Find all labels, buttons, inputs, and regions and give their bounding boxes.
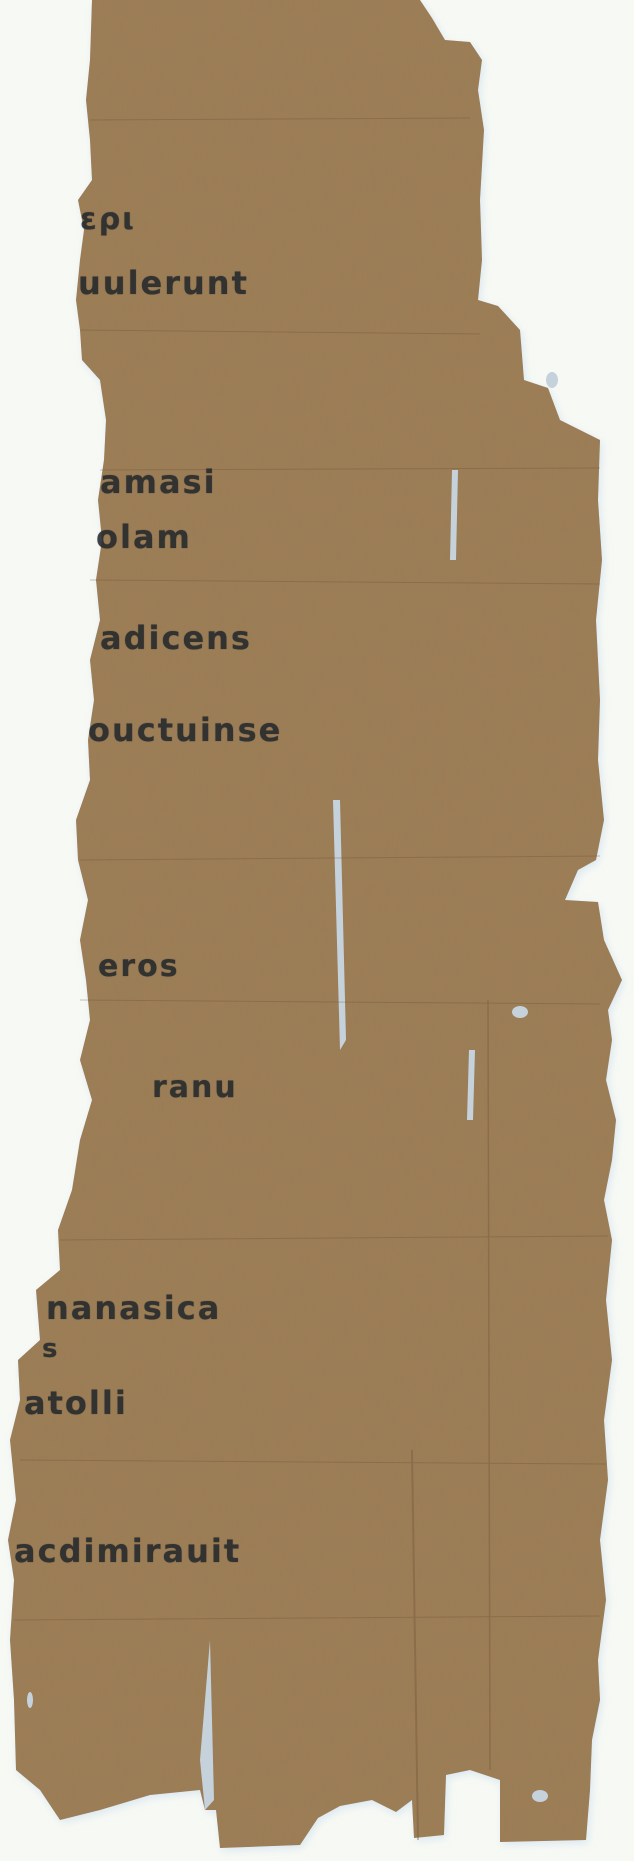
manuscript-line: amasi: [100, 463, 217, 501]
manuscript-line: acdimirauit: [14, 1532, 241, 1570]
manuscript-line: adicens: [100, 619, 252, 657]
manuscript-line: eros: [98, 949, 180, 984]
manuscript-line: atolli: [24, 1384, 128, 1422]
manuscript-line: ranu: [152, 1070, 238, 1105]
manuscript-line: nanasica: [46, 1289, 221, 1327]
photo-stage: εριuuleruntamasiolamadicensouctuinseeros…: [0, 0, 634, 1861]
manuscript-line: ερι: [80, 202, 136, 237]
manuscript-line: olam: [96, 518, 192, 556]
manuscript-line: s: [42, 1334, 59, 1364]
manuscript-line: uulerunt: [78, 264, 249, 302]
manuscript-line: ouctuinse: [88, 711, 282, 749]
